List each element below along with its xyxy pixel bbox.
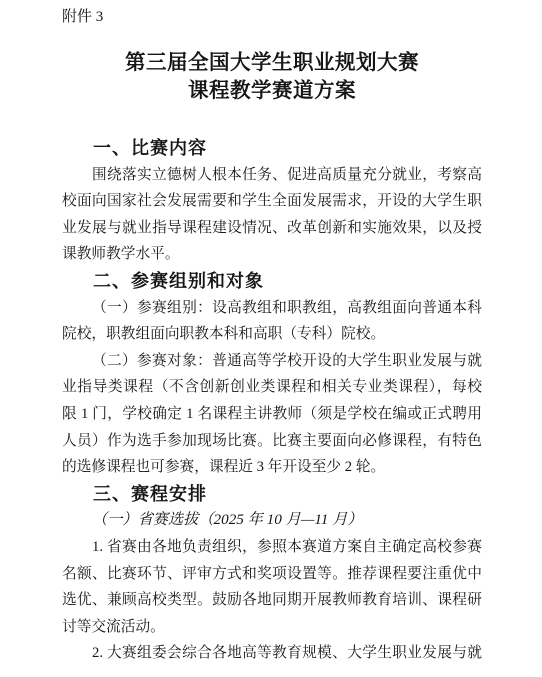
document-title-line-2: 课程教学赛道方案 — [62, 78, 482, 106]
body-line: 围绕落实立德树人根本任务、促进高质量充分就业，考察高 — [62, 162, 482, 189]
body-line: 讨等交流活动。 — [62, 614, 482, 641]
body-line: 人员）作为选手参加现场比赛。比赛主要面向必修课程，有特色 — [62, 428, 482, 455]
document-body: 一、比赛内容 围绕落实立德树人根本任务、促进高质量充分就业，考察高 校面向国家社… — [62, 135, 482, 667]
section-heading-1: 一、比赛内容 — [62, 135, 482, 162]
body-line: 1. 省赛由各地负责组织，参照本赛道方案自主确定高校参赛 — [62, 534, 482, 561]
body-line: （二）参赛对象：普通高等学校开设的大学生职业发展与就 — [62, 348, 482, 375]
attachment-label: 附件 3 — [62, 6, 103, 28]
body-line: 业指导类课程（不含创新创业类课程和相关专业类课程），每校 — [62, 374, 482, 401]
body-line: 限 1 门，学校确定 1 名课程主讲教师（须是学校在编或正式聘用 — [62, 401, 482, 428]
section-heading-2: 二、参赛组别和对象 — [62, 268, 482, 295]
body-line: （一）参赛组别：设高教组和职教组，高教组面向普通本科 — [62, 295, 482, 322]
sub-heading-province-round: （一）省赛选拔（2025 年 10 月—11 月） — [62, 507, 482, 534]
body-line: 校面向国家社会发展需要和学生全面发展需求，开设的大学生职 — [62, 188, 482, 215]
body-line: 院校，职教组面向职教本科和高职（专科）院校。 — [62, 321, 482, 348]
body-line: 选优、兼顾高校类型。鼓励各地同期开展教师教育培训、课程研 — [62, 587, 482, 614]
body-line: 2. 大赛组委会综合各地高等教育规模、大学生职业发展与就 — [62, 640, 482, 667]
document-page: 附件 3 第三届全国大学生职业规划大赛 课程教学赛道方案 一、比赛内容 围绕落实… — [0, 0, 542, 677]
section-heading-3: 三、赛程安排 — [62, 481, 482, 508]
body-line: 的选修课程也可参赛，课程近 3 年开设至少 2 轮。 — [62, 454, 482, 481]
body-line: 名额、比赛环节、评审方式和奖项设置等。推荐课程要注重优中 — [62, 561, 482, 588]
body-line: 课教师教学水平。 — [62, 241, 482, 268]
document-title: 第三届全国大学生职业规划大赛 课程教学赛道方案 — [62, 50, 482, 105]
body-line: 业发展与就业指导课程建设情况、改革创新和实施效果，以及授 — [62, 215, 482, 242]
document-title-line-1: 第三届全国大学生职业规划大赛 — [62, 50, 482, 78]
